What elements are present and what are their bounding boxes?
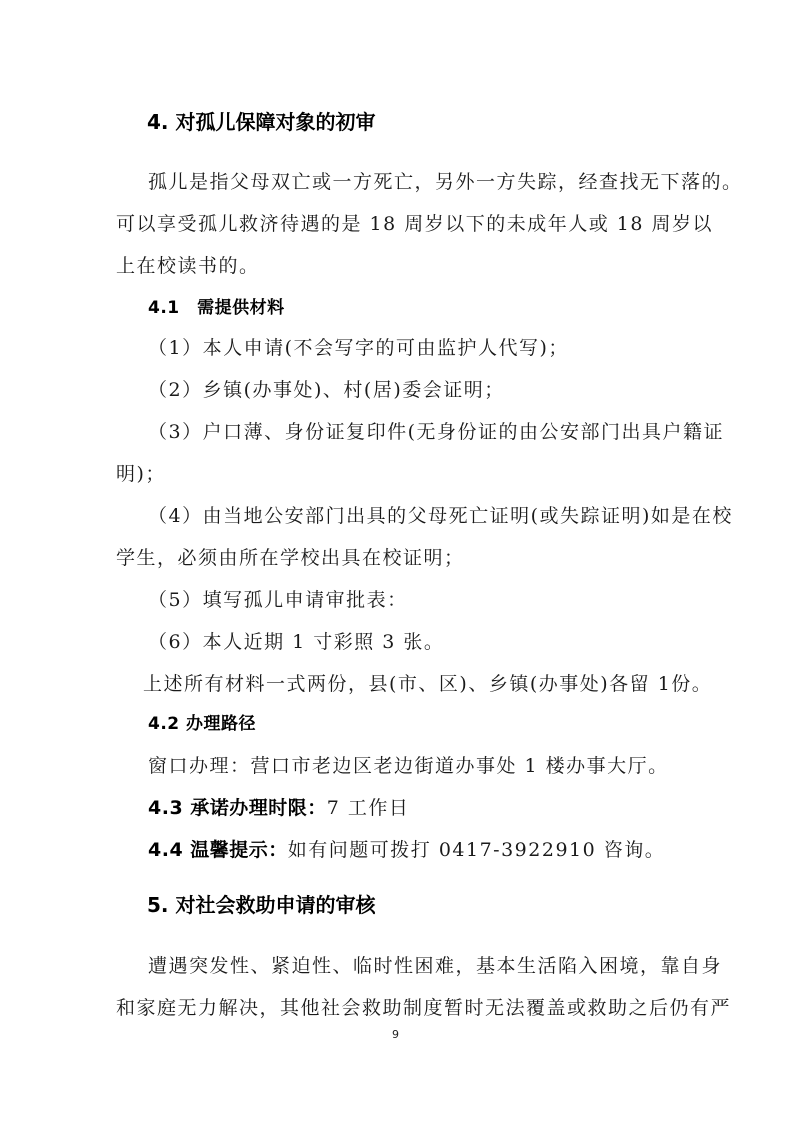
subsection-4-3-value: 7 工作日 xyxy=(327,797,410,819)
section-4-intro-line-3: 上在校读书的。 xyxy=(116,251,260,278)
page-number: 9 xyxy=(392,1028,399,1041)
section-5-intro-line-1: 遭遇突发性、紧迫性、临时性困难，基本生活陷入困境，靠自身 xyxy=(148,951,722,978)
subsection-4-4: 4.4 温馨提示：如有问题可拨打 0417-3922910 咨询。 xyxy=(148,835,665,862)
material-item-4: （4）由当地公安部门出具的父母死亡证明(或失踪证明)如是在校 xyxy=(148,501,733,528)
section-5-heading: 5. 对社会救助申请的审核 xyxy=(147,889,375,918)
subsection-4-2-heading: 4.2 办理路径 xyxy=(148,709,256,734)
subsection-4-3-label: 4.3 承诺办理时限： xyxy=(148,797,327,819)
material-item-1: （1）本人申请(不会写字的可由监护人代写)； xyxy=(148,333,569,360)
material-item-3-cont: 明)； xyxy=(116,459,166,486)
subsection-4-4-value: 如有问题可拨打 0417-3922910 咨询。 xyxy=(288,839,665,861)
materials-note: 上述所有材料一式两份，县(市、区)、乡镇(办事处)各留 1份。 xyxy=(143,669,712,696)
subsection-4-4-label: 4.4 温馨提示： xyxy=(148,839,288,861)
material-item-2: （2）乡镇(办事处)、村(居)委会证明； xyxy=(148,375,505,402)
document-page: 4. 对孤儿保障对象的初审 孤儿是指父母双亡或一方死亡，另外一方失踪，经查找无下… xyxy=(0,0,793,1122)
section-4-intro-line-2: 可以享受孤儿救济待遇的是 18 周岁以下的未成年人或 18 周岁以 xyxy=(116,209,713,236)
material-item-5: （5）填写孤儿申请审批表： xyxy=(148,585,408,612)
section-5-intro-line-2: 和家庭无力解决，其他社会救助制度暂时无法覆盖或救助之后仍有严 xyxy=(116,993,731,1020)
section-4-heading: 4. 对孤儿保障对象的初审 xyxy=(147,106,375,135)
material-item-6: （6）本人近期 1 寸彩照 3 张。 xyxy=(148,627,444,654)
processing-path-text: 窗口办理：营口市老边区老边街道办事处 1 楼办事大厅。 xyxy=(148,751,669,778)
section-4-intro-line-1: 孤儿是指父母双亡或一方死亡，另外一方失踪，经查找无下落的。 xyxy=(148,167,743,194)
material-item-3: （3）户口薄、身份证复印件(无身份证的由公安部门出具户籍证 xyxy=(148,417,724,444)
subsection-4-3: 4.3 承诺办理时限：7 工作日 xyxy=(148,793,409,820)
subsection-4-1-heading: 4.1 需提供材料 xyxy=(148,293,285,318)
material-item-4-cont: 学生，必须由所在学校出具在校证明； xyxy=(116,543,465,570)
